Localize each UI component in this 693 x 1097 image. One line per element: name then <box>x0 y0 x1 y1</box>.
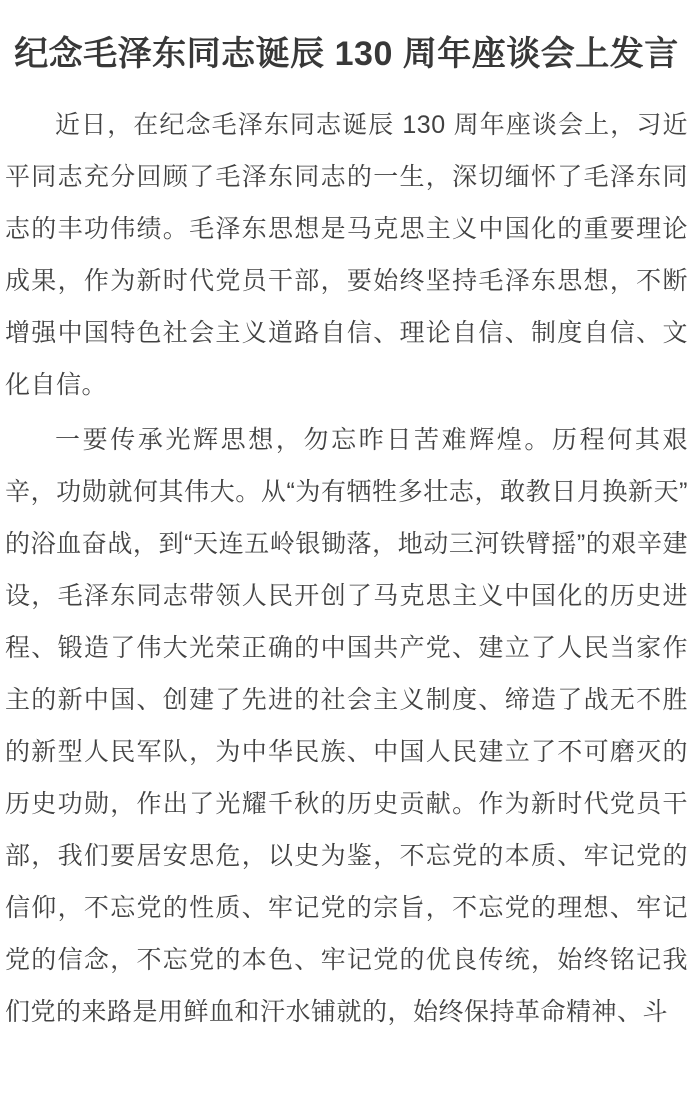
document-title: 纪念毛泽东同志诞辰 130 周年座谈会上发言 <box>11 26 682 83</box>
document-page: 纪念毛泽东同志诞辰 130 周年座谈会上发言 近日，在纪念毛泽东同志诞辰 130… <box>0 0 693 1097</box>
document-body: 近日，在纪念毛泽东同志诞辰 130 周年座谈会上，习近平同志充分回顾了毛泽东同志… <box>5 99 688 1038</box>
body-paragraph: 近日，在纪念毛泽东同志诞辰 130 周年座谈会上，习近平同志充分回顾了毛泽东同志… <box>5 99 688 411</box>
body-paragraph: 一要传承光辉思想，勿忘昨日苦难辉煌。历程何其艰辛，功勋就何其伟大。从“为有牺牲多… <box>5 414 688 1038</box>
